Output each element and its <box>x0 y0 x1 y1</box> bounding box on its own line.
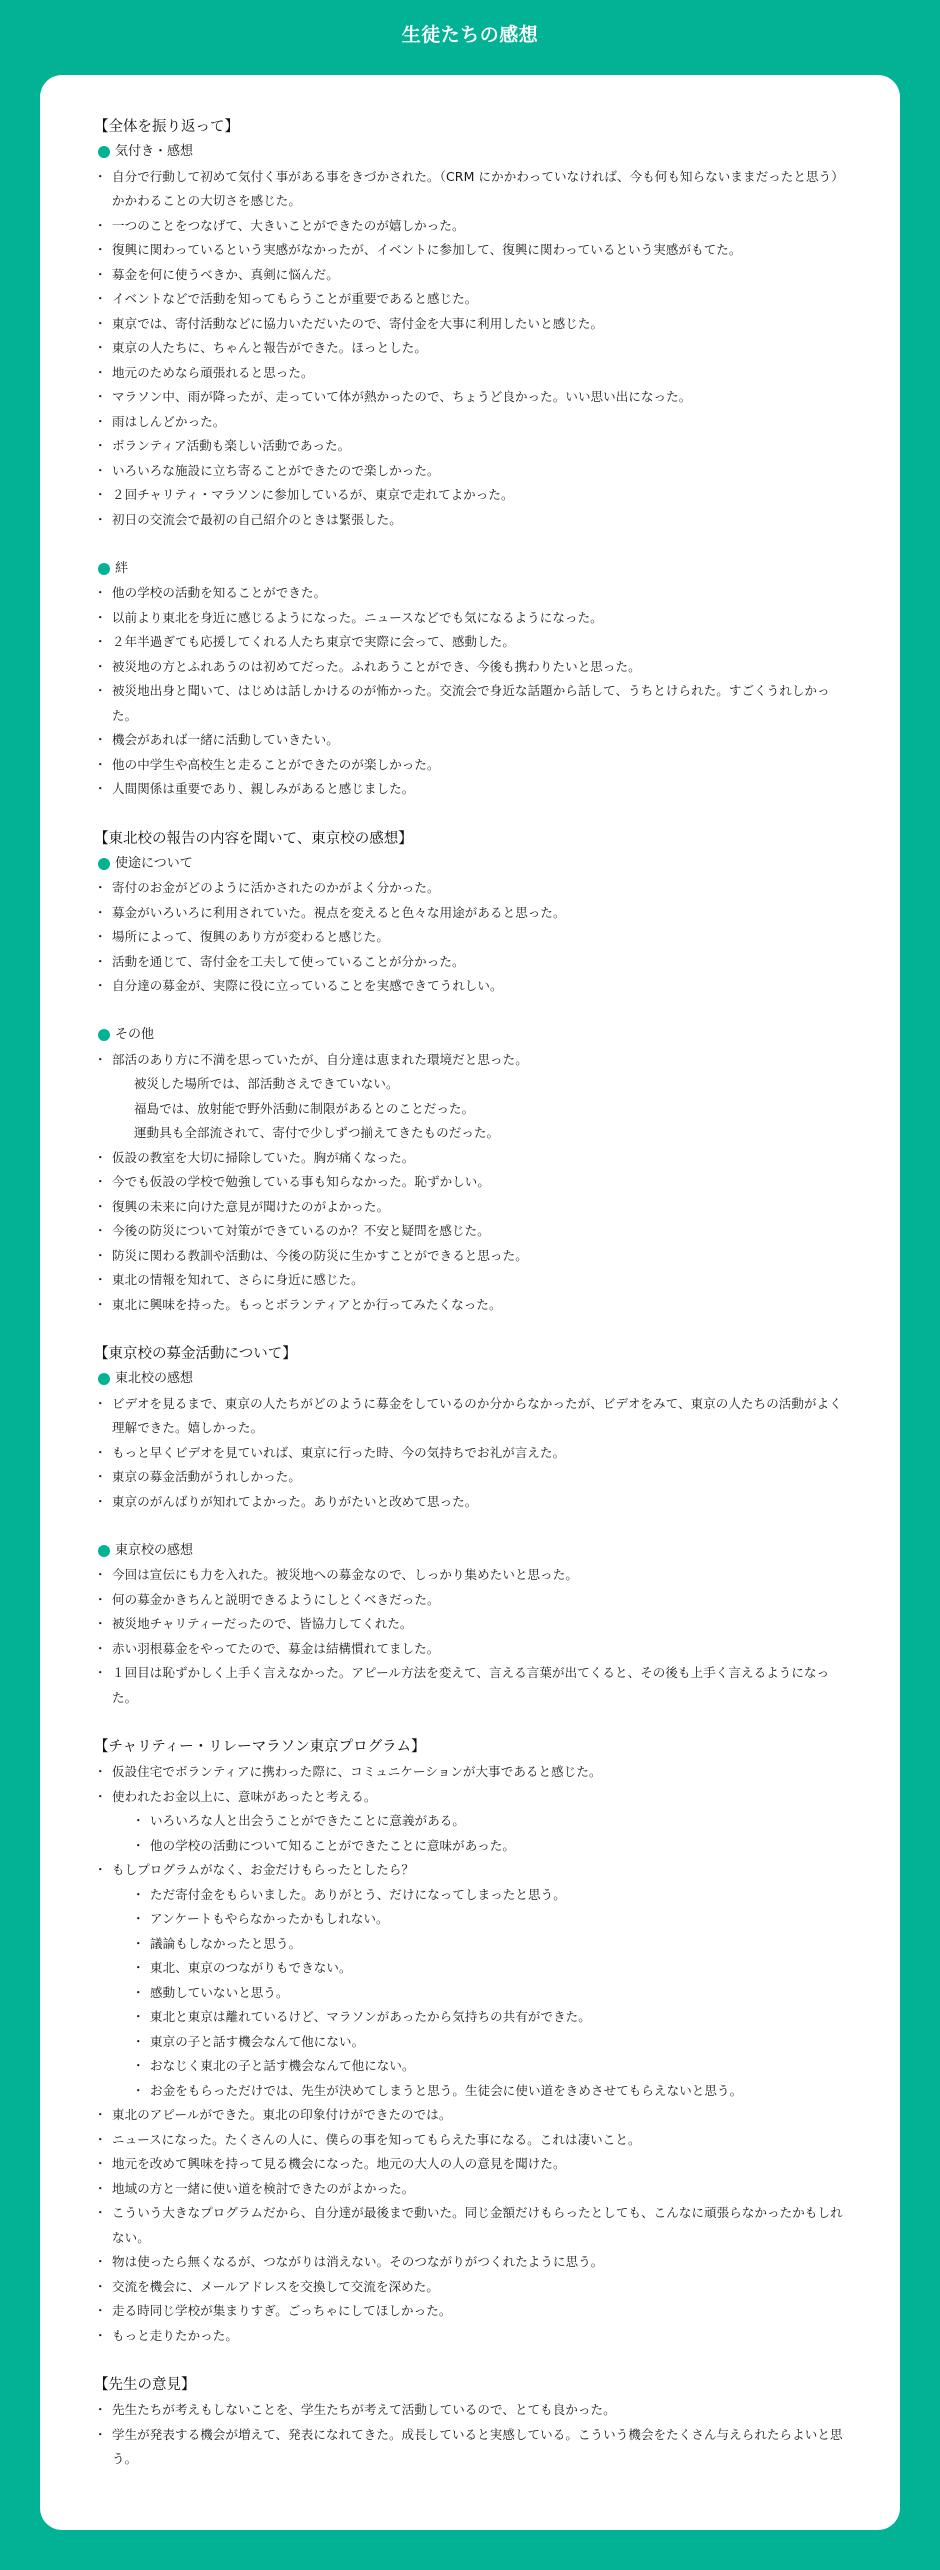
comment-group: 使途について寄付のお金がどのように活かされたのかがよく分かった。募金がいろいろに… <box>98 852 850 999</box>
circle-bullet-icon <box>98 1373 110 1385</box>
comment-list: 先生たちが考えもしないことを、学生たちが考えて活動しているので、とても良かった。… <box>98 2398 850 2472</box>
note-line: 福島では、放射能で野外活動に制限があるとのことだった。 <box>98 1097 850 1122</box>
sub-list-item: おなじく東北の子と話す機会なんて他にない。 <box>98 2054 850 2079</box>
list-item: 東京の募金活動がうれしかった。 <box>98 1465 850 1490</box>
circle-bullet-icon <box>98 563 110 575</box>
list-item: 仮設住宅でボランティアに携わった際に、コミュニケーションが大事であると感じた。 <box>98 1760 850 1785</box>
list-item: 初日の交流会で最初の自己紹介のときは緊張した。 <box>98 508 850 533</box>
list-item: 東京の人たちに、ちゃんと報告ができた。ほっとした。 <box>98 336 850 361</box>
group-heading: その他 <box>98 1023 850 1048</box>
list-item: 以前より東北を身近に感じるようになった。ニュースなどでも気になるようになった。 <box>98 606 850 631</box>
list-item: もっと早くビデオを見ていれば、東京に行った時、今の気持ちでお礼が言えた。 <box>98 1441 850 1466</box>
list-item: 東京では、寄付活動などに協力いただいたので、寄付金を大事に利用したいと感じた。 <box>98 312 850 337</box>
list-item: もっと走りたかった。 <box>98 2324 850 2349</box>
list-item: 地域の方と一緒に使い道を検討できたのがよかった。 <box>98 2177 850 2202</box>
list-item: ボランティア活動も楽しい活動であった。 <box>98 434 850 459</box>
group-heading: 東北校の感想 <box>98 1367 850 1392</box>
list-item: もしプログラムがなく、お金だけもらったとしたら？ <box>98 1858 850 1883</box>
list-item: 寄付のお金がどのように活かされたのかがよく分かった。 <box>98 876 850 901</box>
section-heading: 【先生の意見】 <box>94 2373 850 2398</box>
note-line: 運動具も全部流されて、寄付で少しずつ揃えてきたものだった。 <box>98 1121 850 1146</box>
section: 【東北校の報告の内容を聞いて、東京校の感想】使途について寄付のお金がどのように活… <box>98 827 850 1318</box>
group-heading: 絆 <box>98 557 850 582</box>
group-heading-label: 気付き・感想 <box>115 140 193 165</box>
list-item: 被災地チャリティーだったので、皆協力してくれた。 <box>98 1612 850 1637</box>
list-item: 今でも仮設の学校で勉強している事も知らなかった。恥ずかしい。 <box>98 1170 850 1195</box>
comment-group: その他部活のあり方に不満を思っていたが、自分達は恵まれた環境だと思った。被災した… <box>98 1023 850 1317</box>
content-card: 【全体を振り返って】気付き・感想自分で行動して初めて気付く事がある事をきづかされ… <box>40 75 900 2530</box>
list-item: 東北の情報を知れて、さらに身近に感じた。 <box>98 1268 850 1293</box>
section: 【チャリティー・リレーマラソン東京プログラム】仮設住宅でボランティアに携わった際… <box>98 1735 850 2348</box>
list-item: 機会があれば一緒に活動していきたい。 <box>98 728 850 753</box>
comment-list: 寄付のお金がどのように活かされたのかがよく分かった。募金がいろいろに利用されてい… <box>98 876 850 999</box>
list-item: 先生たちが考えもしないことを、学生たちが考えて活動しているので、とても良かった。 <box>98 2398 850 2423</box>
list-item: 地元のためなら頑張れると思った。 <box>98 361 850 386</box>
list-item: 東北のアピールができた。東北の印象付けができたのでは。 <box>98 2103 850 2128</box>
list-item: 防災に関わる教訓や活動は、今後の防災に生かすことができると思った。 <box>98 1244 850 1269</box>
section: 【先生の意見】先生たちが考えもしないことを、学生たちが考えて活動しているので、と… <box>98 2373 850 2472</box>
group-heading-label: 使途について <box>115 852 193 877</box>
sub-list-item: アンケートもやらなかったかもしれない。 <box>98 1907 850 1932</box>
list-item: 地元を改めて興味を持って見る機会になった。地元の大人の人の意見を聞けた。 <box>98 2152 850 2177</box>
list-item: こういう大きなプログラムだから、自分達が最後まで動いた。同じ金額だけもらったとし… <box>98 2201 850 2250</box>
list-item: 自分達の募金が、実際に役に立っていることを実感できてうれしい。 <box>98 974 850 999</box>
list-item: 場所によって、復興のあり方が変わると感じた。 <box>98 925 850 950</box>
list-item: 被災地の方とふれあうのは初めてだった。ふれあうことができ、今後も携わりたいと思っ… <box>98 655 850 680</box>
list-item: 物は使ったら無くなるが、つながりは消えない。そのつながりがつくれたように思う。 <box>98 2250 850 2275</box>
section-heading: 【東北校の報告の内容を聞いて、東京校の感想】 <box>94 827 850 852</box>
comment-list: 今回は宣伝にも力を入れた。被災地への募金なので、しっかり集めたいと思った。何の募… <box>98 1563 850 1710</box>
list-item: 使われたお金以上に、意味があったと考える。 <box>98 1785 850 1810</box>
list-item: 他の学校の活動を知ることができた。 <box>98 581 850 606</box>
comment-list: 仮設住宅でボランティアに携わった際に、コミュニケーションが大事であると感じた。使… <box>98 1760 850 2348</box>
list-item: 東京のがんばりが知れてよかった。ありがたいと改めて思った。 <box>98 1490 850 1515</box>
comment-group: 先生たちが考えもしないことを、学生たちが考えて活動しているので、とても良かった。… <box>98 2398 850 2472</box>
section-heading: 【東京校の募金活動について】 <box>94 1342 850 1367</box>
list-item: マラソン中、雨が降ったが、走っていて体が熱かったので、ちょうど良かった。いい思い… <box>98 385 850 410</box>
comment-group: 東北校の感想ビデオを見るまで、東京の人たちがどのように募金をしているのか分からな… <box>98 1367 850 1514</box>
comment-group: 気付き・感想自分で行動して初めて気付く事がある事をきづかされた。（CRM にかか… <box>98 140 850 532</box>
list-item: ２回チャリティ・マラソンに参加しているが、東京で走れてよかった。 <box>98 483 850 508</box>
comment-group: 仮設住宅でボランティアに携わった際に、コミュニケーションが大事であると感じた。使… <box>98 1760 850 2348</box>
group-heading: 東京校の感想 <box>98 1539 850 1564</box>
sub-list-item: 感動していないと思う。 <box>98 1981 850 2006</box>
comment-group: 絆他の学校の活動を知ることができた。以前より東北を身近に感じるようになった。ニュ… <box>98 557 850 802</box>
group-heading-label: 東北校の感想 <box>115 1367 193 1392</box>
list-item: イベントなどで活動を知ってもらうことが重要であると感じた。 <box>98 287 850 312</box>
list-item: ニュースになった。たくさんの人に、僕らの事を知ってもらえた事になる。これは凄いこ… <box>98 2128 850 2153</box>
section-heading: 【チャリティー・リレーマラソン東京プログラム】 <box>94 1735 850 1760</box>
sub-list-item: 議論もしなかったと思う。 <box>98 1932 850 1957</box>
list-item: 募金がいろいろに利用されていた。視点を変えると色々な用途があると思った。 <box>98 901 850 926</box>
list-item: 募金を何に使うべきか、真剣に悩んだ。 <box>98 263 850 288</box>
sub-list-item: いろいろな人と出会うことができたことに意義がある。 <box>98 1809 850 1834</box>
comment-list: ビデオを見るまで、東京の人たちがどのように募金をしているのか分からなかったが、ビ… <box>98 1392 850 1515</box>
group-heading: 気付き・感想 <box>98 140 850 165</box>
circle-bullet-icon <box>98 1029 110 1041</box>
list-item: 赤い羽根募金をやってたので、募金は結構慣れてました。 <box>98 1637 850 1662</box>
sub-list-item: 東北と東京は離れているけど、マラソンがあったから気持ちの共有ができた。 <box>98 2005 850 2030</box>
list-item: 自分で行動して初めて気付く事がある事をきづかされた。（CRM にかかわっていなけ… <box>98 165 850 214</box>
circle-bullet-icon <box>98 858 110 870</box>
sub-list-item: 他の学校の活動について知ることができたことに意味があった。 <box>98 1834 850 1859</box>
list-item: 仮設の教室を大切に掃除していた。胸が痛くなった。 <box>98 1146 850 1171</box>
section-heading: 【全体を振り返って】 <box>94 115 850 140</box>
list-item: 走る時同じ学校が集まりすぎ。ごっちゃにしてほしかった。 <box>98 2299 850 2324</box>
list-item: 他の中学生や高校生と走ることができたのが楽しかった。 <box>98 753 850 778</box>
list-item: １回目は恥ずかしく上手く言えなかった。アピール方法を変えて、言える言葉が出てくる… <box>98 1661 850 1710</box>
list-item: 雨はしんどかった。 <box>98 410 850 435</box>
list-item: いろいろな施設に立ち寄ることができたので楽しかった。 <box>98 459 850 484</box>
list-item: 今回は宣伝にも力を入れた。被災地への募金なので、しっかり集めたいと思った。 <box>98 1563 850 1588</box>
section: 【東京校の募金活動について】東北校の感想ビデオを見るまで、東京の人たちがどのよう… <box>98 1342 850 1710</box>
page-title: 生徒たちの感想 <box>0 20 940 50</box>
list-item: 東北に興味を持った。もっとボランティアとか行ってみたくなった。 <box>98 1293 850 1318</box>
comment-group: 東京校の感想今回は宣伝にも力を入れた。被災地への募金なので、しっかり集めたいと思… <box>98 1539 850 1711</box>
group-heading: 使途について <box>98 852 850 877</box>
comment-list: 他の学校の活動を知ることができた。以前より東北を身近に感じるようになった。ニュー… <box>98 581 850 802</box>
sub-list-item: お金をもらっただけでは、先生が決めてしまうと思う。生徒会に使い道をきめさせてもら… <box>98 2079 850 2104</box>
list-item: 部活のあり方に不満を思っていたが、自分達は恵まれた環境だと思った。 <box>98 1048 850 1073</box>
list-item: 活動を通じて、寄付金を工夫して使っていることが分かった。 <box>98 950 850 975</box>
note-line: 被災した場所では、部活動さえできていない。 <box>98 1072 850 1097</box>
list-item: 被災地出身と聞いて、はじめは話しかけるのが怖かった。交流会で身近な話題から話して… <box>98 679 850 728</box>
circle-bullet-icon <box>98 146 110 158</box>
group-heading-label: その他 <box>115 1023 154 1048</box>
sub-list-item: ただ寄付金をもらいました。ありがとう、だけになってしまったと思う。 <box>98 1883 850 1908</box>
list-item: 交流を機会に、メールアドレスを交換して交流を深めた。 <box>98 2275 850 2300</box>
list-item: 何の募金かきちんと説明できるようにしとくべきだった。 <box>98 1588 850 1613</box>
list-item: ２年半過ぎても応援してくれる人たち東京で実際に会って、感動した。 <box>98 630 850 655</box>
group-heading-label: 東京校の感想 <box>115 1539 193 1564</box>
sub-list-item: 東北、東京のつながりもできない。 <box>98 1956 850 1981</box>
section: 【全体を振り返って】気付き・感想自分で行動して初めて気付く事がある事をきづかされ… <box>98 115 850 802</box>
sub-list-item: 東京の子と話す機会なんて他にない。 <box>98 2030 850 2055</box>
list-item: 人間関係は重要であり、親しみがあると感じました。 <box>98 777 850 802</box>
list-item: 復興の未来に向けた意見が聞けたのがよかった。 <box>98 1195 850 1220</box>
list-item: 復興に関わっているという実感がなかったが、イベントに参加して、復興に関わっている… <box>98 238 850 263</box>
list-item: ビデオを見るまで、東京の人たちがどのように募金をしているのか分からなかったが、ビ… <box>98 1392 850 1441</box>
comment-list: 自分で行動して初めて気付く事がある事をきづかされた。（CRM にかかわっていなけ… <box>98 165 850 533</box>
list-item: 学生が発表する機会が増えて、発表になれてきた。成長していると実感している。こうい… <box>98 2423 850 2472</box>
list-item: 一つのことをつなげて、大きいことができたのが嬉しかった。 <box>98 214 850 239</box>
comment-list: 部活のあり方に不満を思っていたが、自分達は恵まれた環境だと思った。被災した場所で… <box>98 1048 850 1318</box>
list-item: 今後の防災について対策ができているのか？不安と疑問を感じた。 <box>98 1219 850 1244</box>
group-heading-label: 絆 <box>115 557 128 582</box>
circle-bullet-icon <box>98 1545 110 1557</box>
